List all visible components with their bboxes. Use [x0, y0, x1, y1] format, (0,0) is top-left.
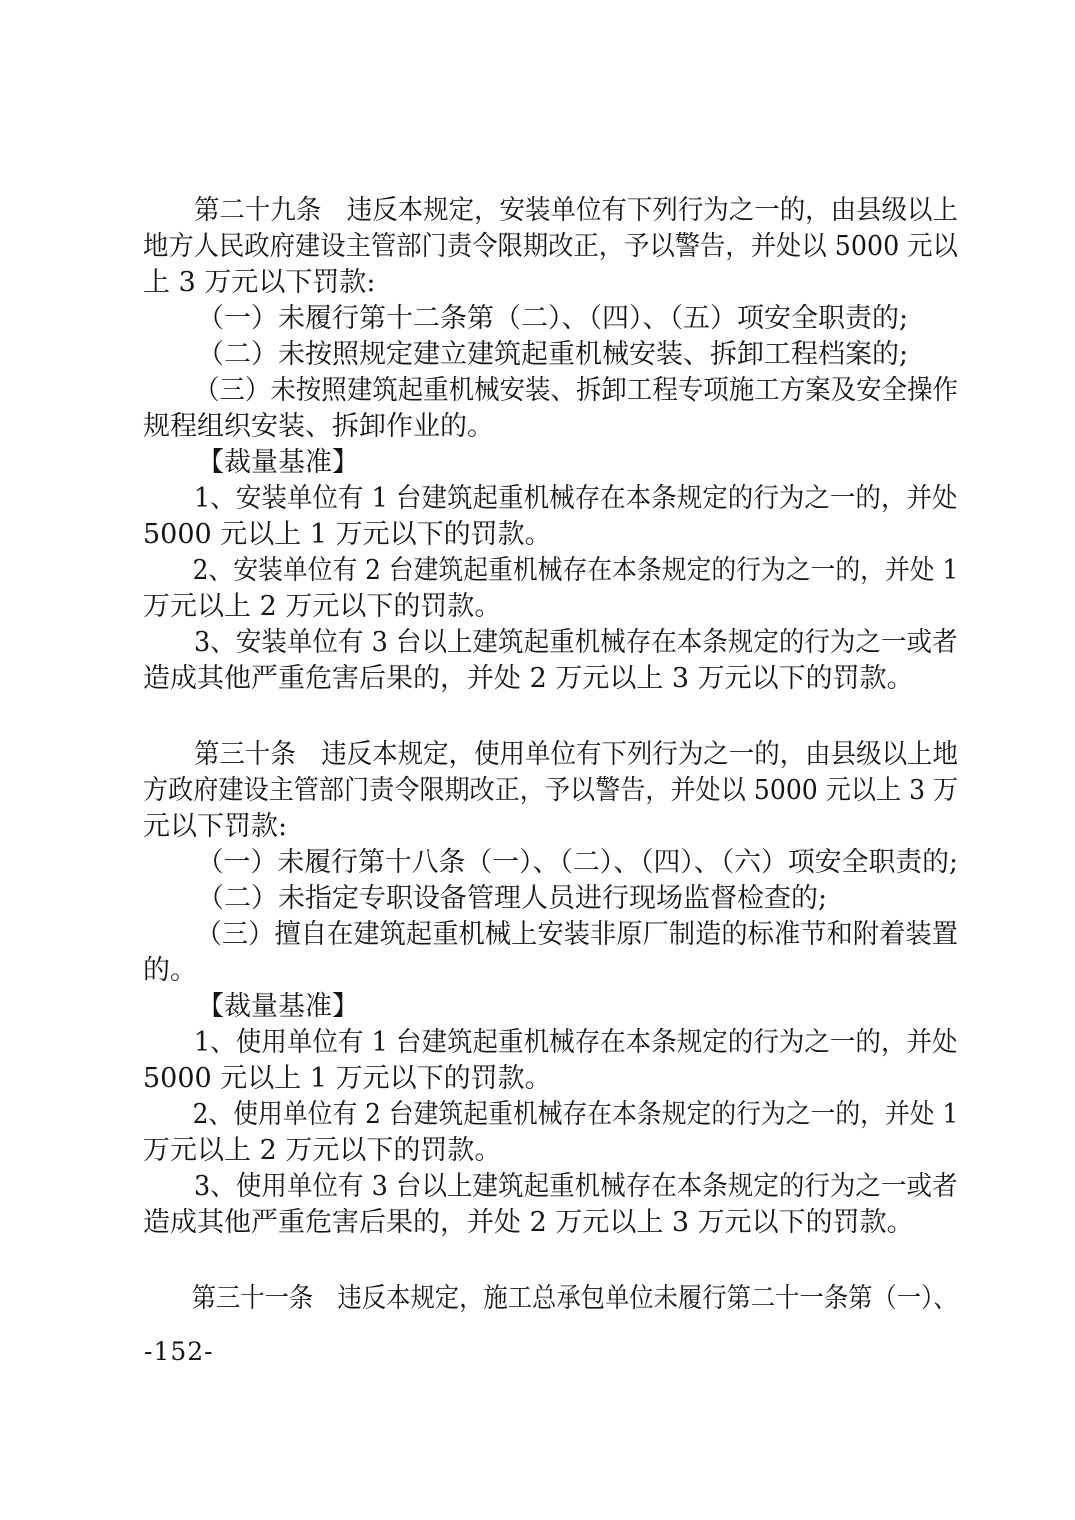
- text-line: 第三十条 违反本规定，使用单位有下列行为之一的，由县级以上地: [143, 737, 912, 773]
- text-line: 第三十一条 违反本规定，施工总承包单位未履行第二十一条第（一）、: [143, 1281, 877, 1317]
- text-line: 2、安装单位有 2 台建筑起重机械存在本条规定的行为之一的，并处 1: [143, 553, 892, 589]
- text-line: 5000 元以上 1 万元以下的罚款。: [143, 517, 958, 553]
- text-line: 元以下罚款:: [143, 809, 958, 845]
- text-line: 3、使用单位有 3 台以上建筑起重机械存在本条规定的行为之一或者: [143, 1169, 914, 1205]
- text-line: （三）未按照建筑起重机械安装、拆卸工程专项施工方案及安全操作: [143, 373, 912, 409]
- text-line: 规程组织安装、拆卸作业的。: [143, 409, 958, 445]
- text-line: （二）未指定专职设备管理人员进行现场监督检查的;: [143, 881, 958, 917]
- document-body: 第二十九条 违反本规定，安装单位有下列行为之一的，由县级以上地方人民政府建设主管…: [143, 193, 958, 1317]
- text-line: 万元以上 2 万元以下的罚款。: [143, 589, 958, 625]
- text-line: 1、使用单位有 1 台建筑起重机械存在本条规定的行为之一的，并处: [143, 1025, 914, 1061]
- article-30: 第三十条 违反本规定，使用单位有下列行为之一的，由县级以上地方政府建设主管部门责…: [143, 737, 958, 1241]
- article-31: 第三十一条 违反本规定，施工总承包单位未履行第二十一条第（一）、: [143, 1281, 958, 1317]
- page-number: -152-: [144, 1338, 214, 1366]
- text-line: 第二十九条 违反本规定，安装单位有下列行为之一的，由县级以上: [143, 193, 912, 229]
- text-line: 【裁量基准】: [143, 445, 958, 481]
- article-29: 第二十九条 违反本规定，安装单位有下列行为之一的，由县级以上地方人民政府建设主管…: [143, 193, 958, 697]
- text-line: 万元以上 2 万元以下的罚款。: [143, 1133, 958, 1169]
- text-line: 5000 元以上 1 万元以下的罚款。: [143, 1061, 958, 1097]
- text-line: 上 3 万元以下罚款:: [143, 265, 958, 301]
- text-line: 3、安装单位有 3 台以上建筑起重机械存在本条规定的行为之一或者: [143, 625, 914, 661]
- text-line: 地方人民政府建设主管部门责令限期改正，予以警告，并处以 5000 元以: [143, 229, 907, 265]
- text-line: （三）擅自在建筑起重机械上安装非原厂制造的标准节和附着装置: [143, 917, 937, 953]
- text-line: 造成其他严重危害后果的，并处 2 万元以上 3 万元以下的罚款。: [143, 1205, 958, 1241]
- text-line: 2、使用单位有 2 台建筑起重机械存在本条规定的行为之一的，并处 1: [143, 1097, 892, 1133]
- text-line: 1、安装单位有 1 台建筑起重机械存在本条规定的行为之一的，并处: [143, 481, 914, 517]
- text-line: （一）未履行第十八条（一）、（二）、（四）、（六）项安全职责的;: [143, 845, 954, 881]
- document-page: 第二十九条 违反本规定，安装单位有下列行为之一的，由县级以上地方人民政府建设主管…: [0, 0, 1075, 1520]
- text-line: 造成其他严重危害后果的，并处 2 万元以上 3 万元以下的罚款。: [143, 661, 958, 697]
- text-line: 【裁量基准】: [143, 989, 958, 1025]
- text-line: 方政府建设主管部门责令限期改正，予以警告，并处以 5000 元以上 3 万: [143, 773, 901, 809]
- text-line: （一）未履行第十二条第（二）、（四）、（五）项安全职责的;: [143, 301, 958, 337]
- text-line: （二）未按照规定建立建筑起重机械安装、拆卸工程档案的;: [143, 337, 958, 373]
- text-line: 的。: [143, 953, 958, 989]
